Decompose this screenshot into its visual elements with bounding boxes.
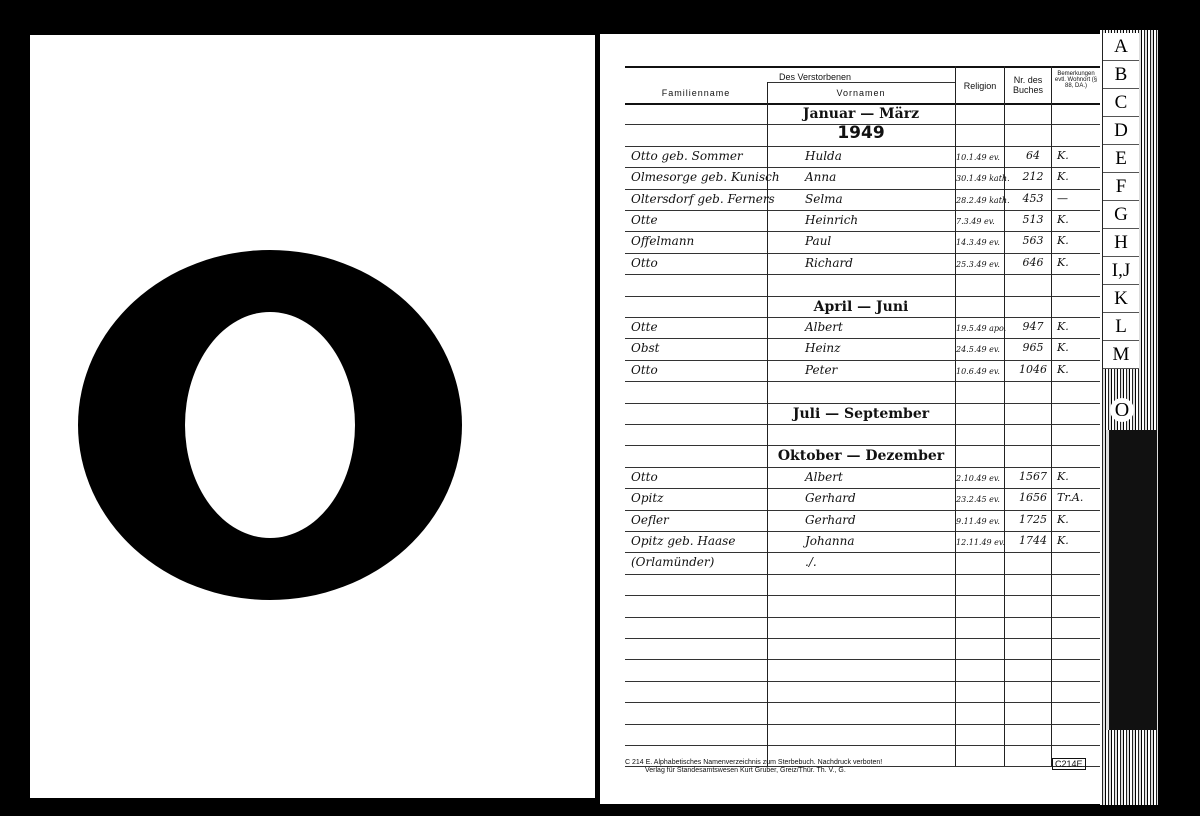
section-year: 1949 <box>767 123 955 143</box>
row-rule <box>625 488 1100 489</box>
entry-vornamen: Albert <box>805 470 843 484</box>
entry-vornamen: Peter <box>805 363 837 377</box>
row-rule <box>625 552 1100 553</box>
entry-bemerkung: K. <box>1057 513 1069 526</box>
row-rule <box>625 338 1100 339</box>
entry-familienname: Otte <box>631 213 658 227</box>
row-rule <box>625 617 1100 618</box>
index-tab[interactable]: A <box>1103 33 1139 61</box>
entry-bemerkung: K. <box>1057 341 1069 354</box>
entry-bemerkung: K. <box>1057 149 1069 162</box>
row-rule <box>625 296 1100 297</box>
entry-familienname: Opitz geb. Haase <box>631 534 735 548</box>
entry-nr: 563 <box>1013 234 1053 247</box>
page-footer: C 214 E. Alphabetisches Namenverzeichnis… <box>625 759 882 775</box>
entry-nr: 1046 <box>1013 363 1053 376</box>
entry-vornamen: Gerhard <box>805 491 856 505</box>
entry-vornamen: Anna <box>805 170 836 184</box>
entry-familienname: Obst <box>631 341 660 355</box>
entry-datum-religion: 9.11.49 ev. <box>956 517 1000 526</box>
entry-familienname: Olmesorge geb. Kunisch <box>631 170 780 184</box>
entry-vornamen: Paul <box>805 234 831 248</box>
row-rule <box>625 445 1100 446</box>
row-rule <box>625 638 1100 639</box>
section-heading: April — Juni <box>767 299 955 315</box>
entry-familienname: Oltersdorf geb. Ferners <box>631 192 775 206</box>
row-rule <box>625 424 1100 425</box>
entry-familienname: Otto <box>631 363 658 377</box>
index-tab-o[interactable]: O <box>1110 398 1134 422</box>
entry-nr: 965 <box>1013 341 1053 354</box>
entry-familienname: Otte <box>631 320 658 334</box>
entry-nr: 513 <box>1013 213 1053 226</box>
row-rule <box>625 360 1100 361</box>
index-tabs: ABCDEFGHI,JKLM <box>1103 33 1139 369</box>
index-tab[interactable]: E <box>1103 145 1139 173</box>
index-tab[interactable]: G <box>1103 201 1139 229</box>
entry-nr: 1725 <box>1013 513 1053 526</box>
index-tab[interactable]: F <box>1103 173 1139 201</box>
header-familienname: Familienname <box>625 88 767 98</box>
header-nr-buches: Nr. des Buches <box>1005 75 1051 95</box>
entry-familienname: Otto <box>631 470 658 484</box>
row-rule <box>625 231 1100 232</box>
row-rule <box>625 253 1100 254</box>
entry-vornamen: ./. <box>805 555 817 569</box>
entry-vornamen: Gerhard <box>805 513 856 527</box>
footer-line1: C 214 E. Alphabetisches Namenverzeichnis… <box>625 759 882 767</box>
entry-bemerkung: K. <box>1057 213 1069 226</box>
row-rule <box>625 274 1100 275</box>
tab-stack-shadow <box>1106 430 1157 730</box>
entry-familienname: Otto geb. Sommer <box>631 149 743 163</box>
row-rule <box>625 724 1100 725</box>
row-rule <box>625 103 1100 105</box>
column-rule <box>955 66 956 766</box>
row-rule <box>625 146 1100 147</box>
row-rule <box>625 531 1100 532</box>
row-rule <box>625 702 1100 703</box>
column-rule <box>1004 66 1005 766</box>
entry-vornamen: Johanna <box>805 534 855 548</box>
section-heading: Juli — September <box>767 406 955 422</box>
row-rule <box>625 381 1100 382</box>
row-rule <box>625 467 1100 468</box>
row-rule <box>625 403 1100 404</box>
entry-datum-religion: 19.5.49 apo. <box>956 324 1006 333</box>
entry-bemerkung: — <box>1057 192 1068 205</box>
entry-familienname: (Orlamünder) <box>631 555 714 569</box>
entry-datum-religion: 10.6.49 ev. <box>956 367 1000 376</box>
entry-bemerkung: K. <box>1057 470 1069 483</box>
row-rule <box>625 210 1100 211</box>
index-tab[interactable]: H <box>1103 229 1139 257</box>
header-group: Des Verstorbenen <box>715 72 915 82</box>
entry-datum-religion: 14.3.49 ev. <box>956 238 1000 247</box>
entry-datum-religion: 25.3.49 ev. <box>956 260 1000 269</box>
entry-nr: 947 <box>1013 320 1053 333</box>
row-rule <box>625 167 1100 168</box>
entry-familienname: Oefler <box>631 513 669 527</box>
entry-nr: 1744 <box>1013 534 1053 547</box>
header-sub-rule <box>767 82 955 83</box>
header-religion: Religion <box>955 81 1005 91</box>
form-code: C214E <box>1052 758 1086 770</box>
table-top-rule <box>625 66 1100 68</box>
row-rule <box>625 595 1100 596</box>
entry-vornamen: Selma <box>805 192 843 206</box>
index-tab[interactable]: D <box>1103 117 1139 145</box>
entry-datum-religion: 24.5.49 ev. <box>956 345 1000 354</box>
section-heading: Januar — März <box>767 106 955 122</box>
entry-datum-religion: 2.10.49 ev. <box>956 474 1000 483</box>
entry-familienname: Opitz <box>631 491 664 505</box>
entry-bemerkung: K. <box>1057 320 1069 333</box>
index-letter-o <box>78 250 462 600</box>
row-rule <box>625 681 1100 682</box>
entry-vornamen: Heinz <box>805 341 840 355</box>
footer-line2: Verlag für Standesamtswesen Kurt Gruber,… <box>625 767 882 775</box>
entry-vornamen: Richard <box>805 256 853 270</box>
row-rule <box>625 510 1100 511</box>
index-tab[interactable]: K <box>1103 285 1139 313</box>
entry-nr: 453 <box>1013 192 1053 205</box>
index-tab[interactable]: B <box>1103 61 1139 89</box>
entry-bemerkung: K. <box>1057 363 1069 376</box>
index-tab[interactable]: I,J <box>1103 257 1139 285</box>
entry-datum-religion: 10.1.49 ev. <box>956 153 1000 162</box>
entry-bemerkung: K. <box>1057 256 1069 269</box>
entry-familienname: Otto <box>631 256 658 270</box>
entry-nr: 1656 <box>1013 491 1053 504</box>
entry-datum-religion: 7.3.49 ev. <box>956 217 995 226</box>
entry-bemerkung: K. <box>1057 170 1069 183</box>
row-rule <box>625 659 1100 660</box>
entry-nr: 646 <box>1013 256 1053 269</box>
column-rule <box>767 82 768 766</box>
entry-nr: 212 <box>1013 170 1053 183</box>
section-heading: Oktober — Dezember <box>767 448 955 464</box>
entry-vornamen: Albert <box>805 320 843 334</box>
row-rule <box>625 317 1100 318</box>
header-bemerkungen: Bemerkungen evtl. Wohnort (§ 88, DA.) <box>1052 71 1100 89</box>
entry-vornamen: Hulda <box>805 149 842 163</box>
index-tab[interactable]: M <box>1103 341 1139 369</box>
row-rule <box>625 189 1100 190</box>
row-rule <box>625 574 1100 575</box>
header-vornamen: Vornamen <box>767 88 955 98</box>
entry-bemerkung: K. <box>1057 234 1069 247</box>
entry-nr: 64 <box>1013 149 1053 162</box>
index-tab[interactable]: L <box>1103 313 1139 341</box>
row-rule <box>625 745 1100 746</box>
entry-datum-religion: 12.11.49 ev. <box>956 538 1005 547</box>
entry-datum-religion: 28.2.49 kath. <box>956 196 1010 205</box>
entry-familienname: Offelmann <box>631 234 694 248</box>
entry-bemerkung: K. <box>1057 534 1069 547</box>
entry-bemerkung: Tr.A. <box>1057 491 1083 504</box>
entry-datum-religion: 23.2.45 ev. <box>956 495 1000 504</box>
index-tab[interactable]: C <box>1103 89 1139 117</box>
entry-nr: 1567 <box>1013 470 1053 483</box>
entry-datum-religion: 30.1.49 kath. <box>956 174 1010 183</box>
entry-vornamen: Heinrich <box>805 213 858 227</box>
